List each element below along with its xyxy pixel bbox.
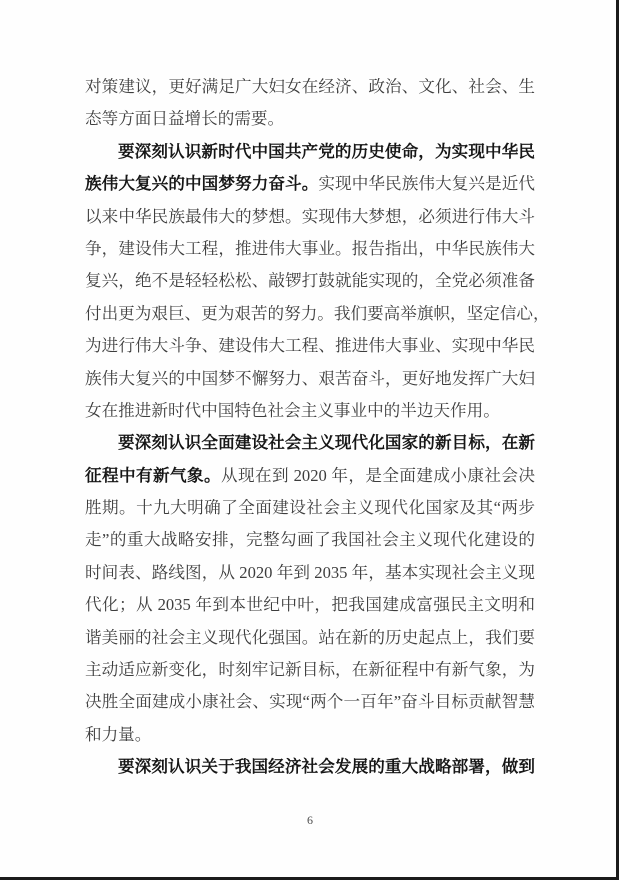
- text-run: 付出更为艰巨、更为艰苦的努力。我们要高举旗帜，坚定信心，: [85, 304, 550, 323]
- text-line: 时间表、路线图，从 2020 年到 2035 年，基本实现社会主义现: [85, 557, 535, 589]
- text-line: 复兴，绝不是轻轻松松、敲锣打鼓就能实现的，全党必须准备: [85, 265, 535, 297]
- text-run: 胜期。十九大明确了全面建设社会主义现代化国家及其“两步: [85, 498, 535, 517]
- text-run: 从现在到 2020 年，是全面建成小康社会决: [221, 466, 535, 485]
- bold-text-run: 要深刻认识新时代中国共产党的历史使命，为实现中华民: [118, 142, 535, 161]
- text-run: 女在推进新时代中国特色社会主义事业中的半边天作用。: [85, 401, 500, 420]
- text-line: 胜期。十九大明确了全面建设社会主义现代化国家及其“两步: [85, 492, 535, 524]
- bold-text-run: 要深刻认识关于我国经济社会发展的重大战略部署，做到: [118, 757, 535, 776]
- text-block: 对策建议，更好满足广大妇女在经济、政治、文化、社会、生 态等方面日益增长的需要。…: [85, 71, 535, 784]
- paragraph: 要深刻认识关于我国经济社会发展的重大战略部署，做到: [85, 751, 535, 783]
- text-line: 要深刻认识关于我国经济社会发展的重大战略部署，做到: [85, 751, 535, 783]
- text-line: 和力量。: [85, 719, 535, 751]
- bold-text-run: 征程中有新气象。: [85, 466, 221, 485]
- text-run: 为进行伟大斗争、建设伟大工程、推进伟大事业、实现中华民: [85, 336, 535, 355]
- text-line: 要深刻认识新时代中国共产党的历史使命，为实现中华民: [85, 136, 535, 168]
- document-page: 对策建议，更好满足广大妇女在经济、政治、文化、社会、生 态等方面日益增长的需要。…: [0, 0, 619, 880]
- text-line: 族伟大复兴的中国梦不懈努力、艰苦奋斗，更好地发挥广大妇: [85, 363, 535, 395]
- paragraph: 要深刻认识全面建设社会主义现代化国家的新目标，在新 征程中有新气象。从现在到 2…: [85, 427, 535, 751]
- text-run: 态等方面日益增长的需要。: [85, 109, 284, 128]
- text-line: 谐美丽的社会主义现代化强国。站在新的历史起点上，我们要: [85, 622, 535, 654]
- text-run: 争，建设伟大工程，推进伟大事业。报告指出，中华民族伟大: [85, 239, 535, 258]
- text-run: 族伟大复兴的中国梦不懈努力、艰苦奋斗，更好地发挥广大妇: [85, 369, 535, 388]
- bold-text-run: 族伟大复兴的中国梦努力奋斗。: [85, 174, 318, 193]
- text-run: 走”的重大战略安排，完整勾画了我国社会主义现代化建设的: [85, 530, 535, 549]
- text-line: 态等方面日益增长的需要。: [85, 103, 535, 135]
- text-run: 复兴，绝不是轻轻松松、敲锣打鼓就能实现的，全党必须准备: [85, 271, 535, 290]
- text-line: 要深刻认识全面建设社会主义现代化国家的新目标，在新: [85, 427, 535, 459]
- text-run: 时间表、路线图，从 2020 年到 2035 年，基本实现社会主义现: [85, 563, 535, 582]
- text-line: 女在推进新时代中国特色社会主义事业中的半边天作用。: [85, 395, 535, 427]
- text-run: 对策建议，更好满足广大妇女在经济、政治、文化、社会、生: [85, 77, 535, 96]
- text-run: 决胜全面建成小康社会、实现“两个一百年”奋斗目标贡献智慧: [85, 692, 535, 711]
- text-run: 以来中华民族最伟大的梦想。实现伟大梦想，必须进行伟大斗: [85, 207, 535, 226]
- text-run: 实现中华民族伟大复兴是近代: [318, 174, 535, 193]
- text-line: 族伟大复兴的中国梦努力奋斗。实现中华民族伟大复兴是近代: [85, 168, 535, 200]
- text-line: 为进行伟大斗争、建设伟大工程、推进伟大事业、实现中华民: [85, 330, 535, 362]
- bold-text-run: 要深刻认识全面建设社会主义现代化国家的新目标，在新: [118, 433, 535, 452]
- text-run: 主动适应新变化，时刻牢记新目标，在新征程中有新气象，为: [85, 660, 535, 679]
- text-line: 对策建议，更好满足广大妇女在经济、政治、文化、社会、生: [85, 71, 535, 103]
- text-line: 走”的重大战略安排，完整勾画了我国社会主义现代化建设的: [85, 524, 535, 556]
- text-run: 代化；从 2035 年到本世纪中叶，把我国建成富强民主文明和: [85, 595, 535, 614]
- text-line: 付出更为艰巨、更为艰苦的努力。我们要高举旗帜，坚定信心，: [85, 298, 535, 330]
- text-line: 争，建设伟大工程，推进伟大事业。报告指出，中华民族伟大: [85, 233, 535, 265]
- text-run: 和力量。: [85, 725, 151, 744]
- page-number: 6: [85, 813, 535, 827]
- paragraph: 对策建议，更好满足广大妇女在经济、政治、文化、社会、生 态等方面日益增长的需要。: [85, 71, 535, 136]
- text-line: 主动适应新变化，时刻牢记新目标，在新征程中有新气象，为: [85, 654, 535, 686]
- text-line: 代化；从 2035 年到本世纪中叶，把我国建成富强民主文明和: [85, 589, 535, 621]
- text-run: 谐美丽的社会主义现代化强国。站在新的历史起点上，我们要: [85, 628, 535, 647]
- text-line: 征程中有新气象。从现在到 2020 年，是全面建成小康社会决: [85, 460, 535, 492]
- paragraph: 要深刻认识新时代中国共产党的历史使命，为实现中华民 族伟大复兴的中国梦努力奋斗。…: [85, 136, 535, 428]
- text-line: 决胜全面建成小康社会、实现“两个一百年”奋斗目标贡献智慧: [85, 686, 535, 718]
- text-line: 以来中华民族最伟大的梦想。实现伟大梦想，必须进行伟大斗: [85, 201, 535, 233]
